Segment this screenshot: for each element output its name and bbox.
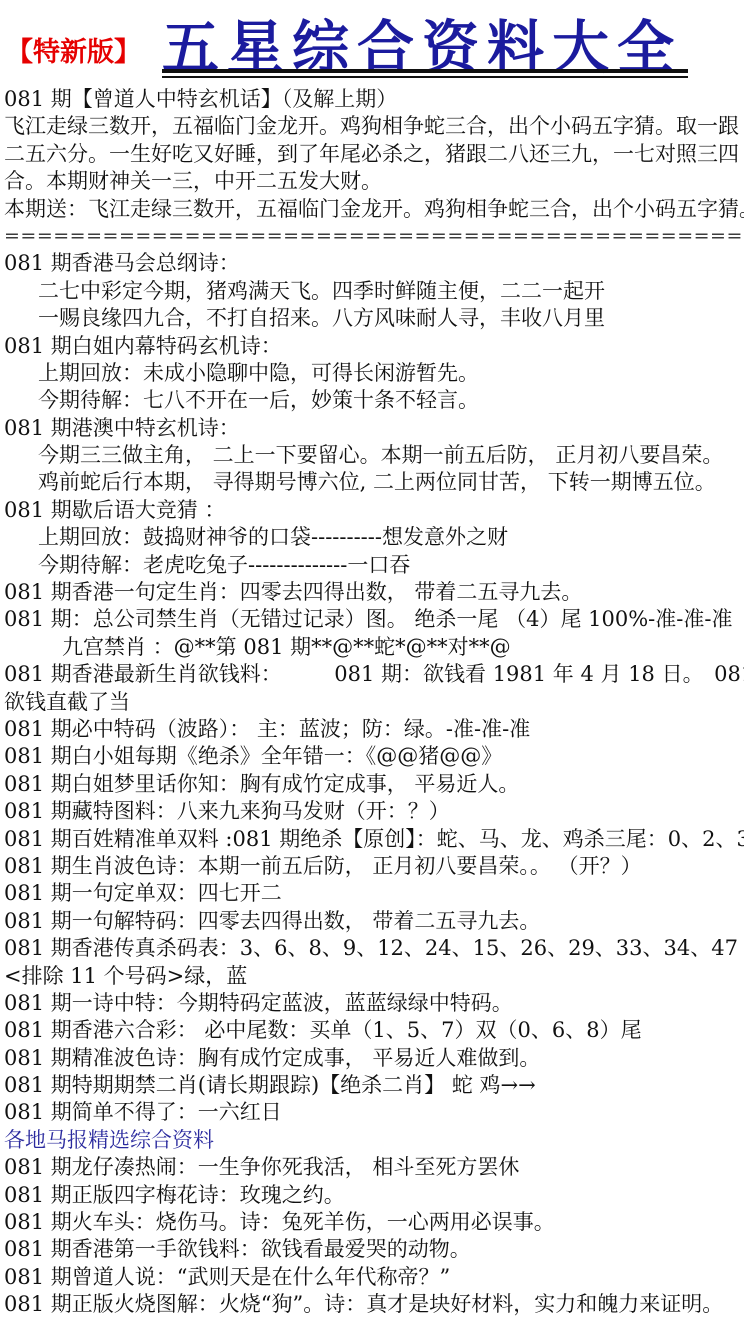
text-line: 飞江走绿三数开，五福临门金龙开。鸡狗相争蛇三合，出个小码五字猜。取一跟 <box>0 113 744 140</box>
text-line: 081 期：总公司禁生肖（无错过记录）图。 绝杀一尾 （4）尾 100%-准-准… <box>0 606 744 633</box>
title-underline <box>162 69 688 78</box>
text-line: 合。本期财神关一三，中开二五发大财。 <box>0 168 744 195</box>
text-line: 081 期一诗中特：今期特码定蓝波，蓝蓝绿绿中特码。 <box>0 990 744 1017</box>
text-line: 081 期一句解特码：四零去四得出数， 带着二五寻九去。 <box>0 908 744 935</box>
content-lines: 081 期【曾道人中特玄机话】（及解上期）飞江走绿三数开，五福临门金龙开。鸡狗相… <box>0 86 744 1319</box>
text-line: 081 期生肖波色诗：本期一前五后防， 正月初八要昌荣。。 （开？） <box>0 853 744 880</box>
text-line: 081 期白姐内幕特码玄机诗： <box>0 333 744 360</box>
text-line: 各地马报精选综合资料 <box>0 1127 744 1154</box>
text-line: 081 期简单不得了：一六红日 <box>0 1099 744 1126</box>
text-line: 今期三三做主角， 二上一下要留心。本期一前五后防， 正月初八要昌荣。 <box>0 442 744 469</box>
text-line: 081 期特期期禁二肖(请长期跟踪)【绝杀二肖】 蛇 鸡→→ <box>0 1072 744 1099</box>
text-line: <排除 11 个号码>绿，蓝 <box>0 963 744 990</box>
text-line: 081 期一句定单双：四七开二 <box>0 880 744 907</box>
text-line: 081 期白姐梦里话你知：胸有成竹定成事， 平易近人。 <box>0 771 744 798</box>
text-line: 081 期香港第一手欲钱料：欲钱看最爱哭的动物。 <box>0 1236 744 1263</box>
text-line: 上期回放：未成小隐聊中隐，可得长闲游暂先。 <box>0 360 744 387</box>
text-line: 081 期香港最新生肖欲钱料： 081 期：欲钱看 1981 年 4 月 18 … <box>0 661 744 688</box>
text-line: 081 期正版四字梅花诗：玫瑰之约。 <box>0 1182 744 1209</box>
text-line: 欲钱直截了当 <box>0 689 744 716</box>
text-line: 上期回放：鼓捣财神爷的口袋----------想发意外之财 <box>0 524 744 551</box>
text-line: 081 期正版火烧图解：火烧“狗”。诗：真才是块好材料，实力和魄力来证明。 <box>0 1291 744 1318</box>
text-line: 081 期香港马会总纲诗： <box>0 250 744 277</box>
text-line: 081 期精准波色诗：胸有成竹定成事， 平易近人难做到。 <box>0 1045 744 1072</box>
text-line: 鸡前蛇后行本期， 寻得期号博六位, 二上两位同甘苦， 下转一期博五位。 <box>0 469 744 496</box>
text-line: 九宫禁肖 ：@**第 081 期**@**蛇*@**对**@ <box>0 634 744 661</box>
text-line: 081 期白小姐每期《绝杀》全年错一：《@@猪@@》 <box>0 743 744 770</box>
text-line: 081 期香港六合彩： 必中尾数：买单（1、5、7）双（0、6、8）尾 <box>0 1017 744 1044</box>
text-line: 081 期香港一句定生肖：四零去四得出数， 带着二五寻九去。 <box>0 579 744 606</box>
text-line: 二七中彩定今期，猪鸡满天飞。四季时鲜随主便，二二一起开 <box>0 278 744 305</box>
edition-badge: 【特新版】 <box>6 30 141 69</box>
text-line: 081 期【曾道人中特玄机话】（及解上期） <box>0 86 744 113</box>
text-line: 081 期百姓精准单双料 :081 期绝杀【原创】：蛇、马、龙、鸡杀三尾：0、2… <box>0 826 744 853</box>
text-line: 081 期香港传真杀码表：3、6、8、9、12、24、15、26、29、33、3… <box>0 935 744 962</box>
text-line: ========================================… <box>0 223 744 250</box>
text-line: 081 期曾道人说：“武则天是在什么年代称帝？” <box>0 1264 744 1291</box>
text-line: 本期送：飞江走绿三数开，五福临门金龙开。鸡狗相争蛇三合，出个小码五字猜。 <box>0 196 744 223</box>
text-line: 今期待解：七八不开在一后，妙策十条不轻言。 <box>0 387 744 414</box>
sheet-header: 【特新版】 五星综合资料大全 <box>0 0 744 86</box>
text-line: 二五六分。一生好吃又好睡，到了年尾必杀之，猪跟二八还三九，一七对照三四 <box>0 141 744 168</box>
text-line: 081 期藏特图料：八来九来狗马发财（开：？） <box>0 798 744 825</box>
text-line: 一赐良缘四九合，不打自招来。八方风味耐人寻，丰收八月里 <box>0 305 744 332</box>
text-line: 081 期港澳中特玄机诗： <box>0 415 744 442</box>
lottery-info-sheet: 【特新版】 五星综合资料大全 081 期【曾道人中特玄机话】（及解上期）飞江走绿… <box>0 0 744 1321</box>
text-line: 今期待解：老虎吃兔子--------------一口吞 <box>0 552 744 579</box>
text-line: 081 期龙仔凑热闹：一生争你死我活， 相斗至死方罢休 <box>0 1154 744 1181</box>
text-line: 081 期必中特码（波路）： 主：蓝波；防：绿。-准-准-准 <box>0 716 744 743</box>
text-line: 081 期歇后语大竞猜 ： <box>0 497 744 524</box>
text-line: 081 期火车头：烧伤马。诗：兔死羊伤，一心两用必误事。 <box>0 1209 744 1236</box>
